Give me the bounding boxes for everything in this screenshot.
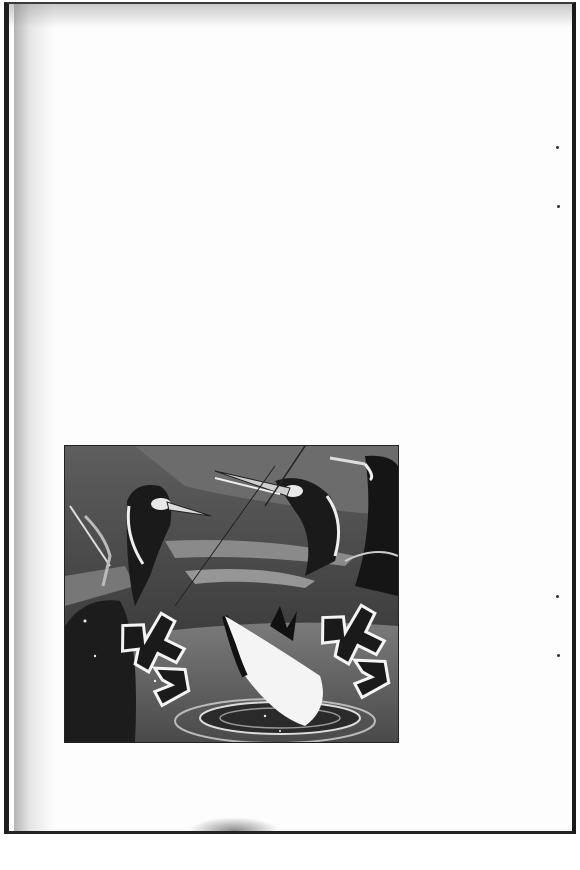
scan-grain-bottom — [189, 817, 279, 831]
scan-grain-top — [9, 4, 572, 28]
panel-illustration — [65, 446, 398, 742]
manga-panel: ザブ ザブ — [64, 445, 399, 743]
manga-page: ザブ ザブ — [0, 0, 580, 870]
scan-speck — [557, 205, 560, 208]
scan-grain-left — [14, 4, 54, 831]
scan-speck — [556, 146, 559, 149]
scan-speck — [557, 654, 560, 657]
scan-speck — [556, 595, 559, 598]
